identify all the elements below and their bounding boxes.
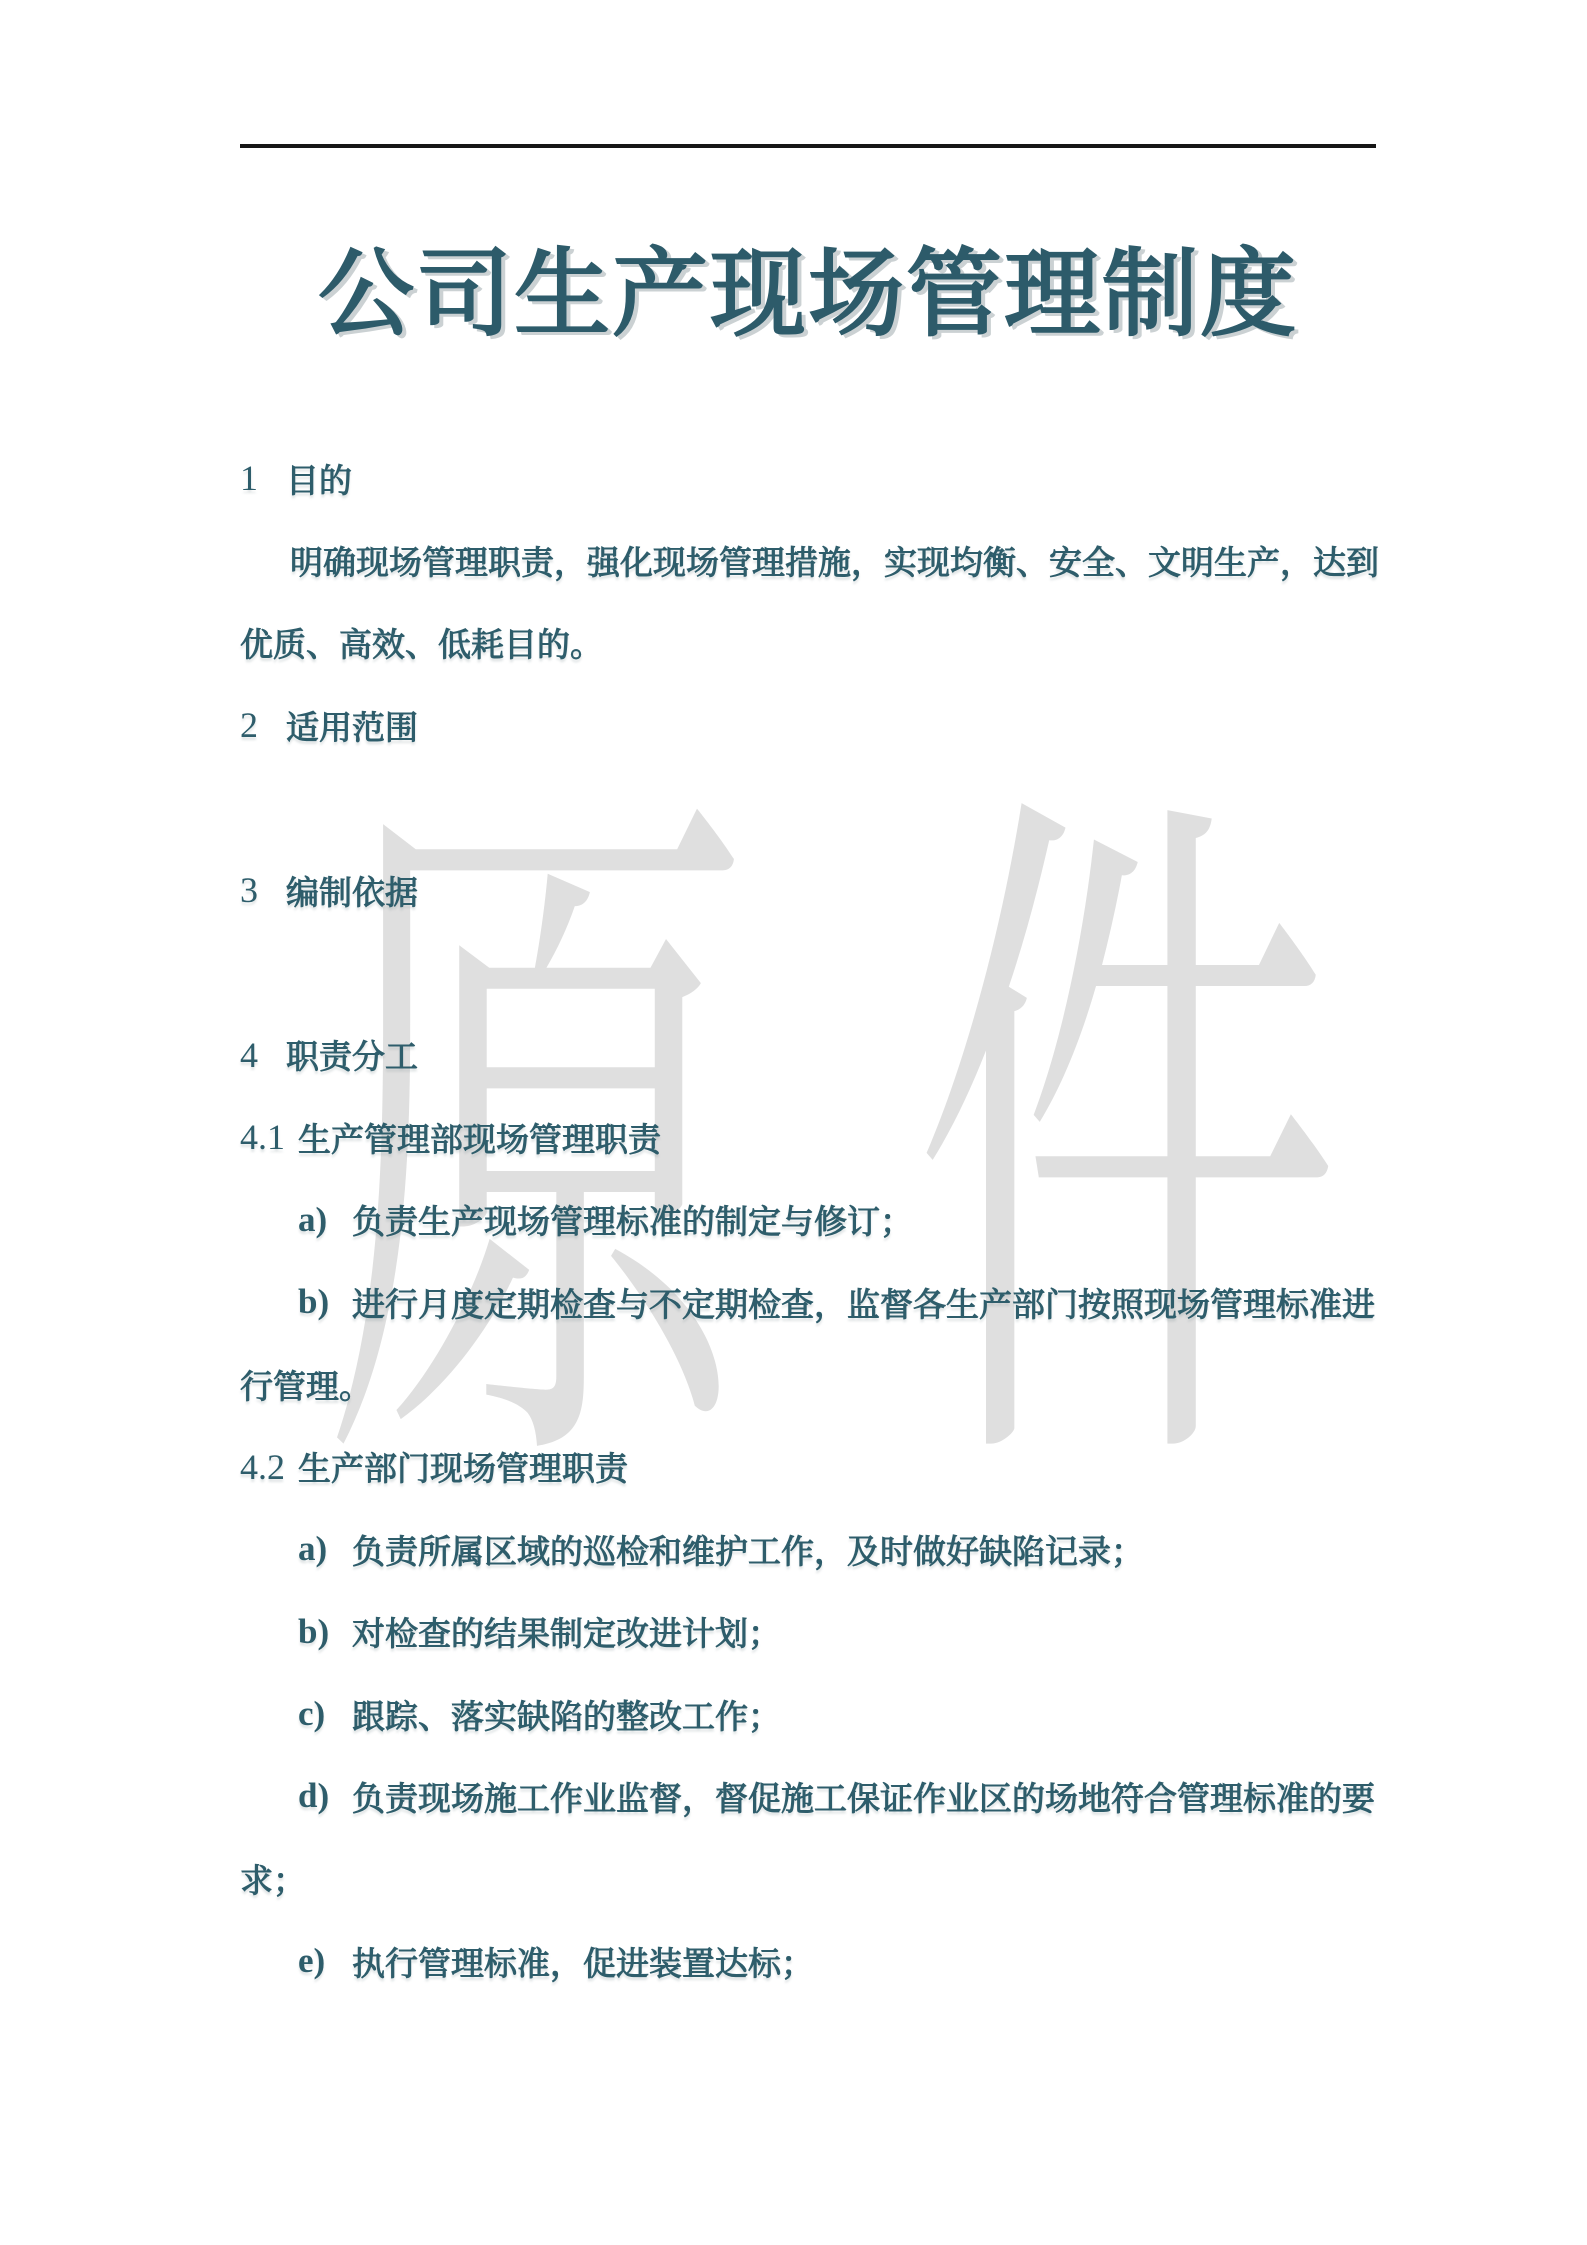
document-line: 行管理。	[240, 1343, 1376, 1425]
document-line	[240, 767, 1376, 849]
document-line: 求；	[240, 1838, 1376, 1920]
document-line: b) 对检查的结果制定改进计划；	[240, 1590, 1376, 1672]
line-marker: b)	[298, 1282, 352, 1322]
document-line: 3 编制依据	[240, 849, 1376, 931]
document-line	[240, 931, 1376, 1013]
line-text: 执行管理标准，促进装置达标；	[352, 1938, 814, 1985]
document-page: 原件 公司生产现场管理制度 1 目的 明确现场管理职责，强化现场管理措施，实现均…	[0, 0, 1587, 2245]
line-text: 优质、高效、低耗目的。	[240, 619, 603, 666]
line-marker: 3	[240, 869, 286, 911]
line-text: 负责生产现场管理标准的制定与修订；	[352, 1196, 913, 1243]
line-text: 求；	[240, 1855, 306, 1902]
line-marker: 1	[240, 457, 286, 499]
line-text: 适用范围	[286, 702, 418, 749]
line-text: 跟踪、落实缺陷的整改工作；	[352, 1691, 781, 1738]
line-marker: b)	[298, 1612, 352, 1652]
document-line: 1 目的	[240, 437, 1376, 519]
line-text: 生产管理部现场管理职责	[298, 1114, 661, 1161]
line-text: 明确现场管理职责，强化现场管理措施，实现均衡、安全、文明生产，达到	[290, 537, 1379, 584]
line-marker: 4	[240, 1034, 286, 1076]
line-marker: 2	[240, 704, 286, 746]
line-text: 负责现场施工作业监督，督促施工保证作业区的场地符合管理标准的要	[352, 1773, 1375, 1820]
line-text: 对检查的结果制定改进计划；	[352, 1608, 781, 1655]
document-line: 4 职责分工	[240, 1014, 1376, 1096]
line-marker: e)	[298, 1941, 352, 1981]
line-text: 生产部门现场管理职责	[298, 1443, 628, 1490]
line-marker: a)	[298, 1529, 352, 1569]
document-line: a) 负责生产现场管理标准的制定与修订；	[240, 1179, 1376, 1261]
line-text: 负责所属区域的巡检和维护工作，及时做好缺陷记录；	[352, 1526, 1144, 1573]
line-text: 职责分工	[286, 1031, 418, 1078]
line-marker: d)	[298, 1776, 352, 1816]
line-text: 进行月度定期检查与不定期检查，监督各生产部门按照现场管理标准进	[352, 1279, 1375, 1326]
document-line: 明确现场管理职责，强化现场管理措施，实现均衡、安全、文明生产，达到	[240, 519, 1376, 601]
header-rule	[240, 144, 1376, 148]
document-line: a) 负责所属区域的巡检和维护工作，及时做好缺陷记录；	[240, 1508, 1376, 1590]
page-title: 公司生产现场管理制度	[240, 218, 1376, 355]
line-marker: 4.1	[240, 1116, 298, 1158]
document-line: 优质、高效、低耗目的。	[240, 602, 1376, 684]
document-line: c) 跟踪、落实缺陷的整改工作；	[240, 1673, 1376, 1755]
line-marker: c)	[298, 1694, 352, 1734]
document-body: 1 目的 明确现场管理职责，强化现场管理措施，实现均衡、安全、文明生产，达到 优…	[240, 437, 1376, 2002]
line-marker: 4.2	[240, 1446, 298, 1488]
document-line: e) 执行管理标准，促进装置达标；	[240, 1920, 1376, 2002]
document-line: d) 负责现场施工作业监督，督促施工保证作业区的场地符合管理标准的要	[240, 1755, 1376, 1837]
document-line: b) 进行月度定期检查与不定期检查，监督各生产部门按照现场管理标准进	[240, 1261, 1376, 1343]
document-line: 4.1 生产管理部现场管理职责	[240, 1096, 1376, 1178]
line-marker: a)	[298, 1200, 352, 1240]
line-text: 目的	[286, 455, 352, 502]
line-text: 行管理。	[240, 1361, 372, 1408]
document-line: 2 适用范围	[240, 684, 1376, 766]
document-line: 4.2 生产部门现场管理职责	[240, 1426, 1376, 1508]
line-text: 编制依据	[286, 867, 418, 914]
